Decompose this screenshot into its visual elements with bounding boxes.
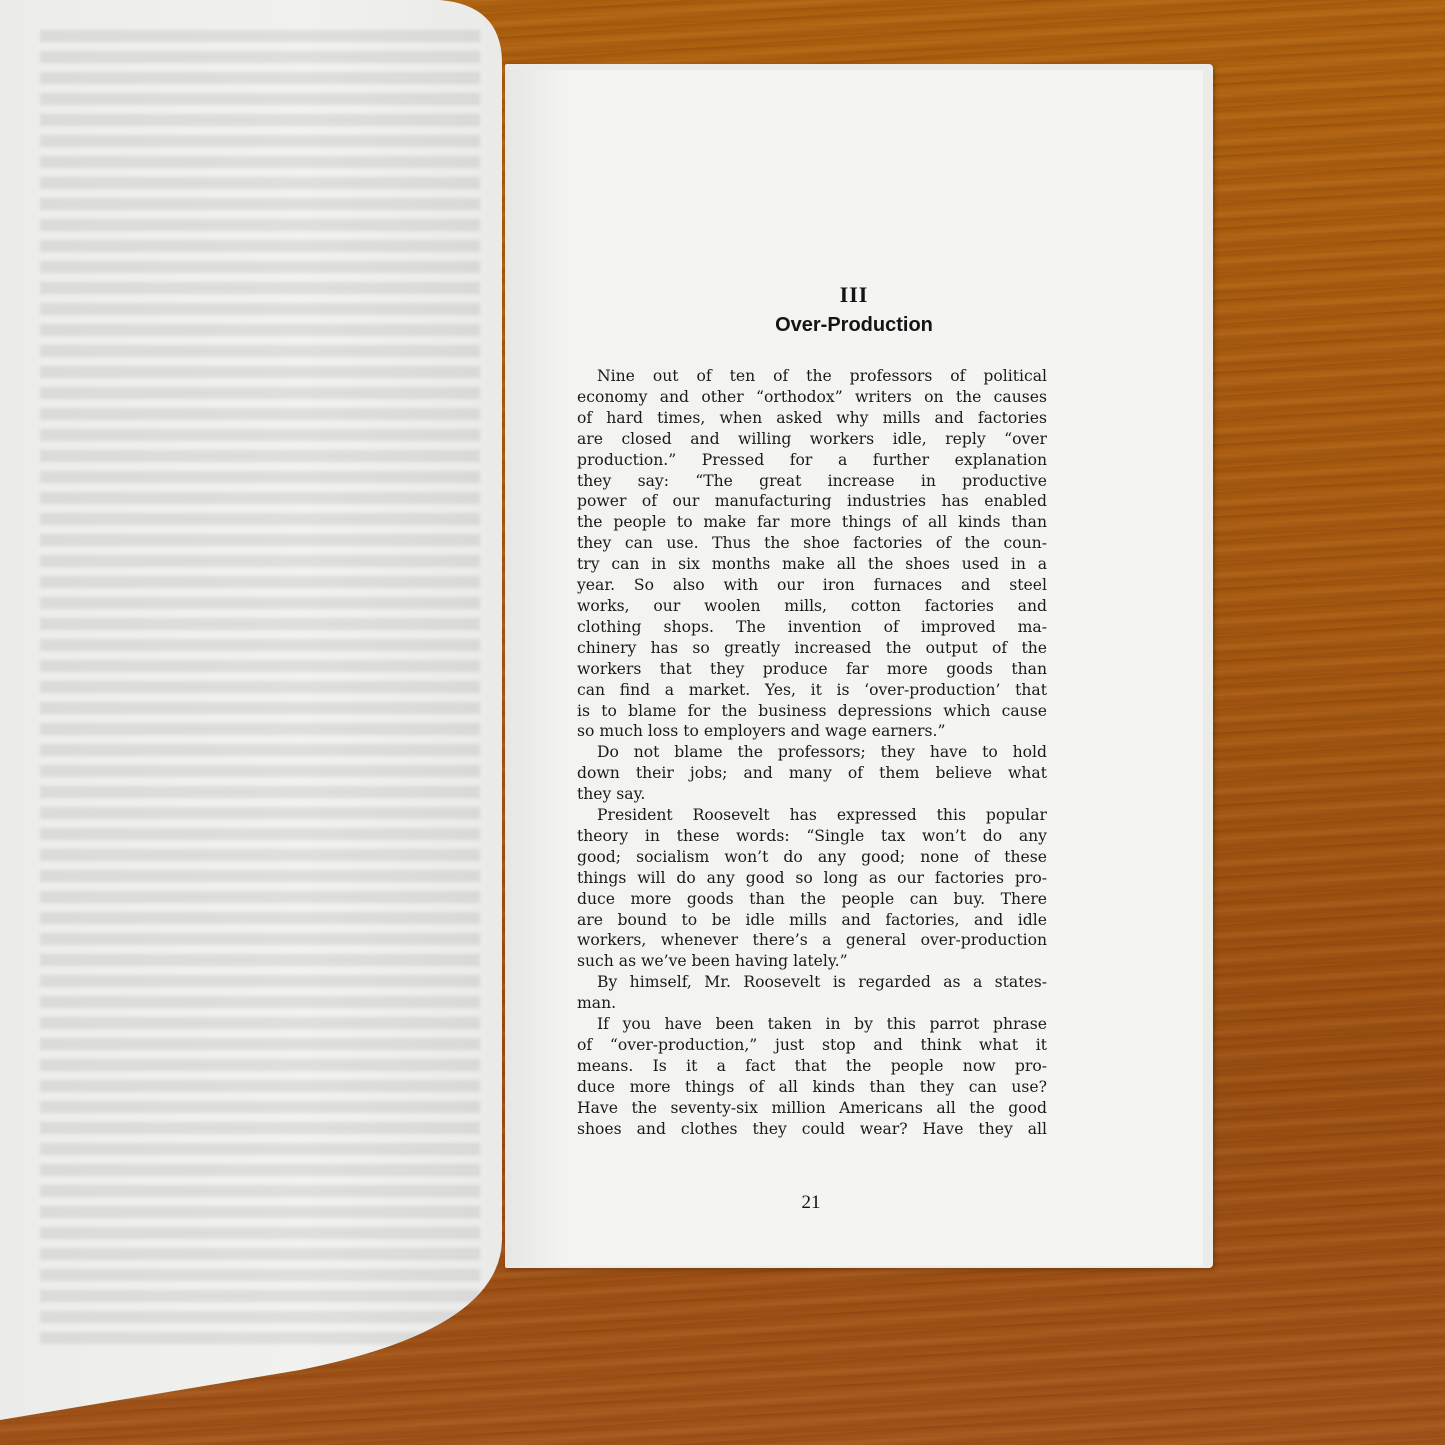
text-line: man. — [577, 993, 1047, 1014]
text-line: are closed and willing workers idle, rep… — [577, 429, 1047, 450]
page-number: 21 — [505, 1192, 1117, 1214]
text-line: such as we’ve been having lately.” — [577, 951, 1047, 972]
text-line: clothing shops. The invention of improve… — [577, 617, 1047, 638]
text-line: is to blame for the business depressions… — [577, 701, 1047, 722]
text-line: the people to make far more things of al… — [577, 512, 1047, 533]
text-line: so much loss to employers and wage earne… — [577, 721, 1047, 742]
text-line: workers, whenever there’s a general over… — [577, 930, 1047, 951]
text-line: of “over-production,” just stop and thin… — [577, 1035, 1047, 1056]
text-line: President Roosevelt has expressed this p… — [577, 805, 1047, 826]
body-text: Nine out of ten of the professors of pol… — [577, 366, 1047, 1140]
text-line: If you have been taken in by this parrot… — [577, 1014, 1047, 1035]
text-line: By himself, Mr. Roosevelt is regarded as… — [577, 972, 1047, 993]
text-line: can find a market. Yes, it is ‘over-prod… — [577, 680, 1047, 701]
text-line: economy and other “orthodox” writers on … — [577, 387, 1047, 408]
chapter-number: III — [505, 282, 1203, 308]
text-line: Have the seventy-six million Americans a… — [577, 1098, 1047, 1119]
text-line: they can use. Thus the shoe factories of… — [577, 533, 1047, 554]
text-line: shoes and clothes they could wear? Have … — [577, 1119, 1047, 1140]
text-line: power of our manufacturing industries ha… — [577, 491, 1047, 512]
text-line: they say. — [577, 784, 1047, 805]
text-line: works, our woolen mills, cotton factorie… — [577, 596, 1047, 617]
text-line: of hard times, when asked why mills and … — [577, 408, 1047, 429]
text-line: year. So also with our iron furnaces and… — [577, 575, 1047, 596]
chapter-title: Over-Production — [505, 314, 1203, 337]
text-line: theory in these words: “Single tax won’t… — [577, 826, 1047, 847]
text-line: workers that they produce far more goods… — [577, 659, 1047, 680]
text-line: Do not blame the professors; they have t… — [577, 742, 1047, 763]
text-line: chinery has so greatly increased the out… — [577, 638, 1047, 659]
text-line: duce more goods than the people can buy.… — [577, 889, 1047, 910]
text-line: good; socialism won’t do any good; none … — [577, 847, 1047, 868]
text-line: Nine out of ten of the professors of pol… — [577, 366, 1047, 387]
bleed-through-print — [40, 30, 480, 1350]
text-line: means. Is it a fact that the people now … — [577, 1056, 1047, 1077]
text-line: down their jobs; and many of them believ… — [577, 763, 1047, 784]
text-line: are bound to be idle mills and factories… — [577, 910, 1047, 931]
text-line: duce more things of all kinds than they … — [577, 1077, 1047, 1098]
text-line: production.” Pressed for a further expla… — [577, 450, 1047, 471]
text-line: they say: “The great increase in product… — [577, 471, 1047, 492]
text-line: try can in six months make all the shoes… — [577, 554, 1047, 575]
text-line: things will do any good so long as our f… — [577, 868, 1047, 889]
left-page — [0, 0, 505, 1445]
